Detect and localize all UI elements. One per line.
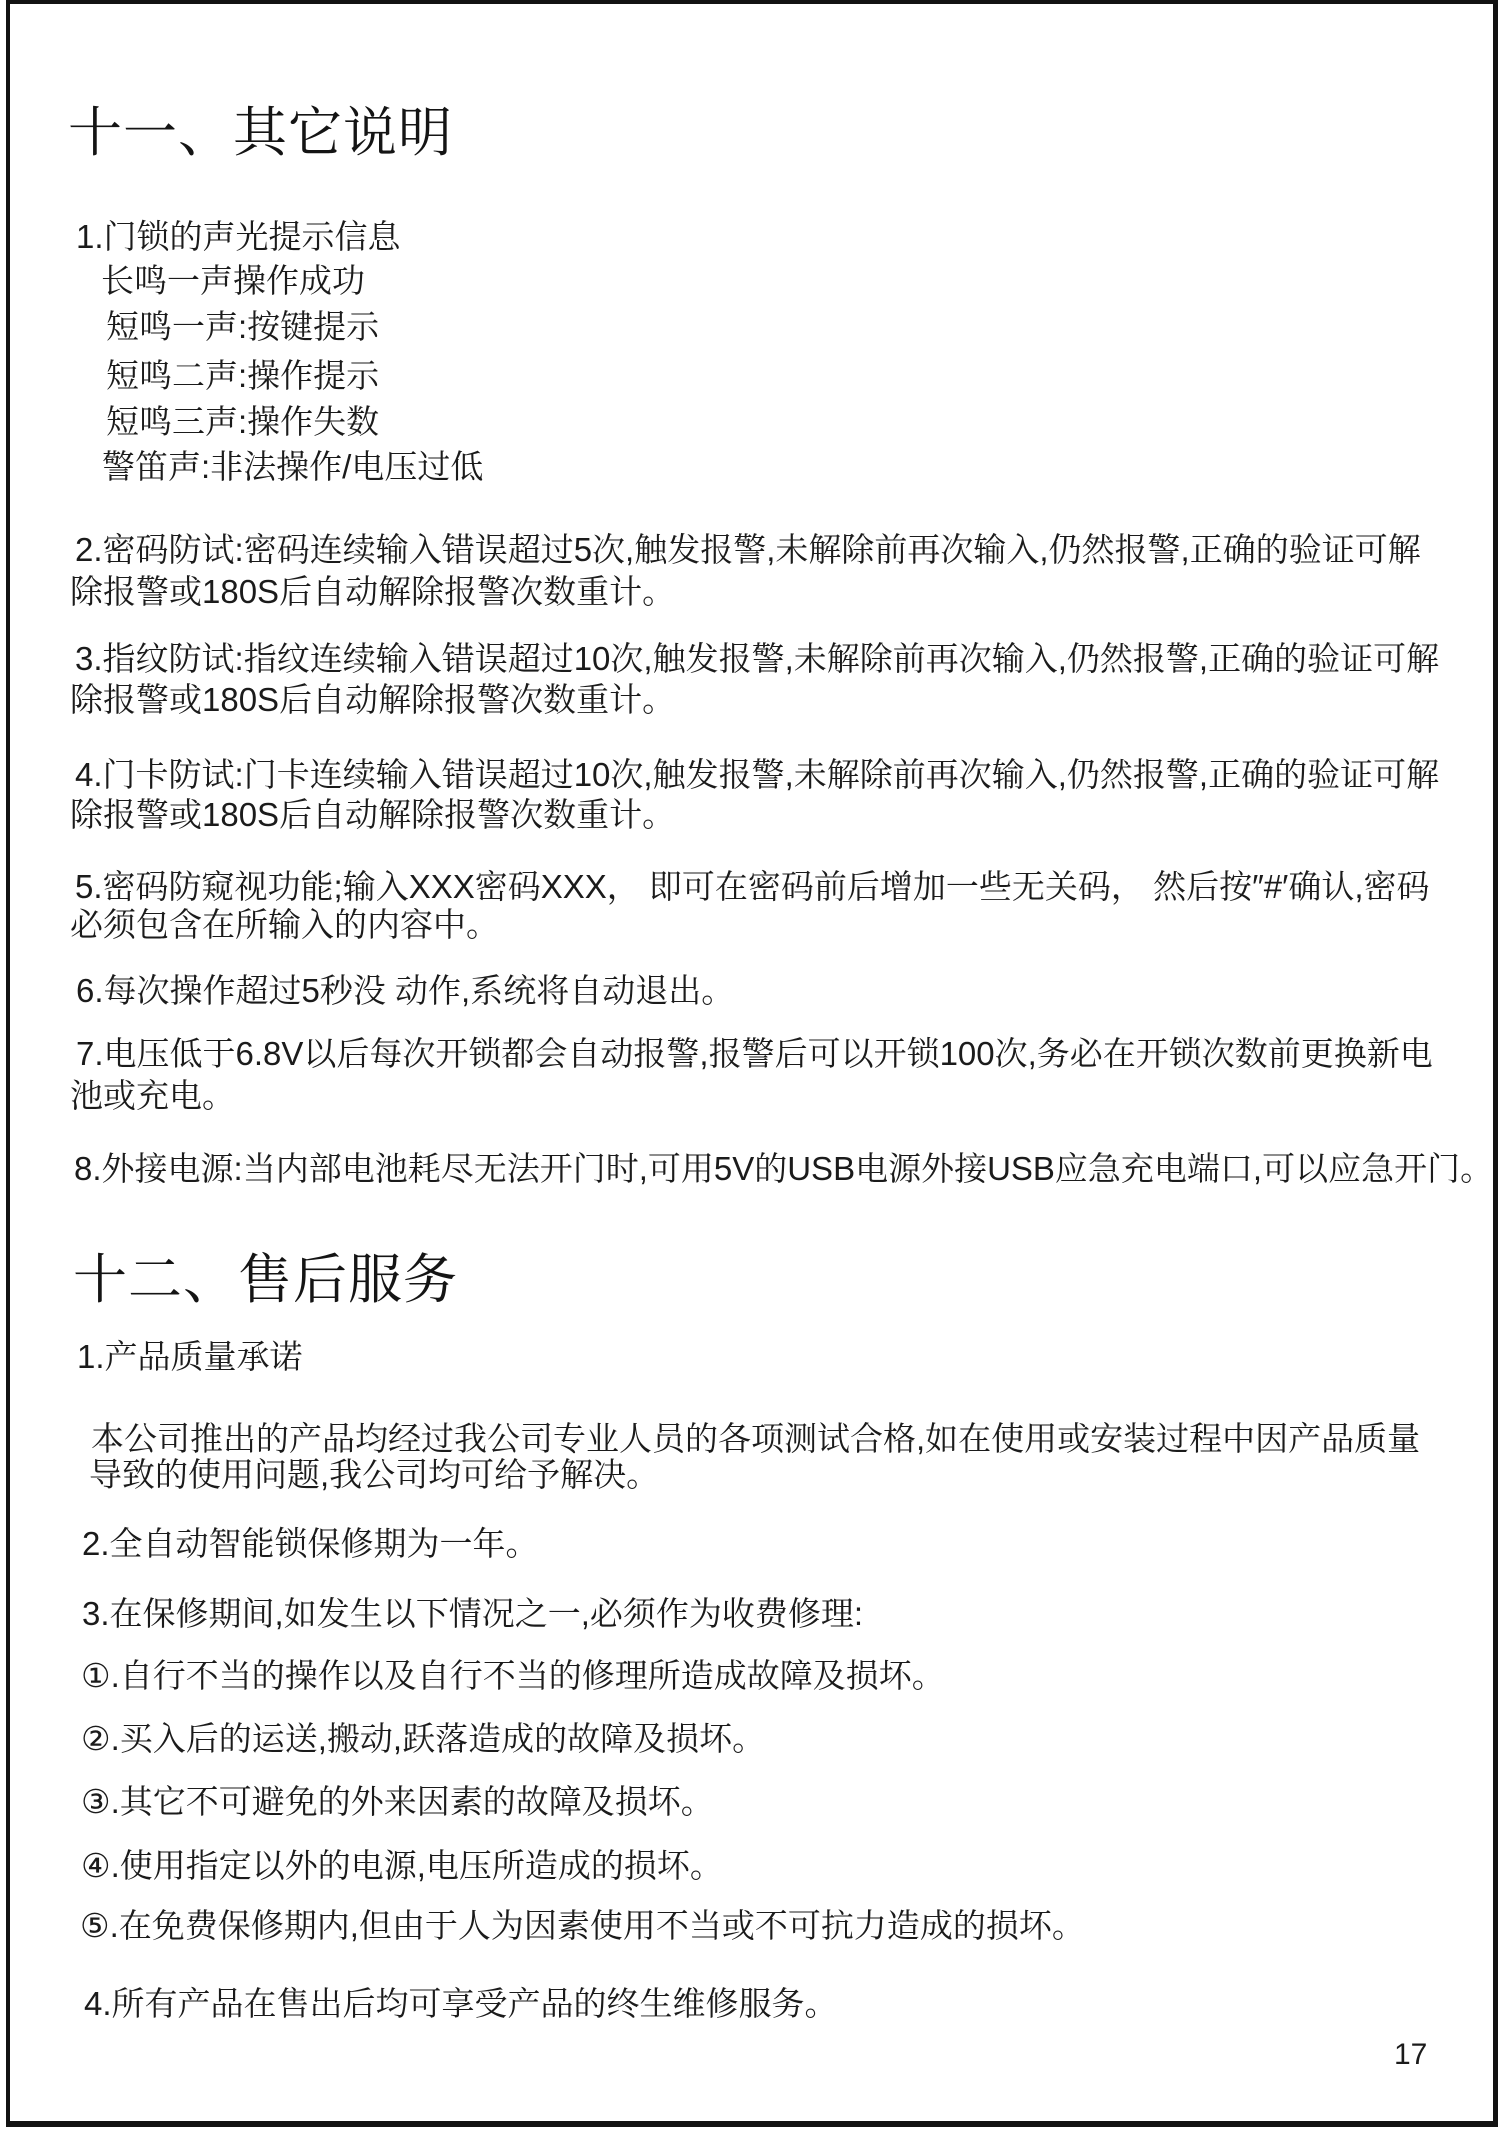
service-item1-line1: 本公司推出的产品均经过我公司专业人员的各项测试合格,如在使用或安装过程中因产品质…	[91, 1420, 1420, 1458]
service-item1-line2: 导致的使用问题,我公司均可给予解决。	[89, 1456, 659, 1494]
item3-line2: 除报警或180S后自动解除报警次数重计。	[70, 681, 675, 719]
item1-heading: 1.门锁的声光提示信息	[76, 218, 401, 256]
section-other-title: 十一、其它说明	[68, 103, 453, 163]
item7-line2: 池或充电。	[70, 1077, 235, 1115]
service-item1-heading: 1.产品质量承诺	[77, 1338, 303, 1376]
item4-line2: 除报警或180S后自动解除报警次数重计。	[70, 796, 675, 834]
service-item2-line: 2.全自动智能锁保修期为一年。	[82, 1525, 539, 1563]
beep-line-short-1: 短鸣一声:按键提示	[106, 308, 379, 346]
service-item4-line: 4.所有产品在售出后均可享受产品的终生维修服务。	[84, 1985, 838, 2023]
beep-line-long: 长鸣一声操作成功	[101, 262, 365, 300]
item2-line1: 2.密码防试:密码连续输入错误超过5次,触发报警,未解除前再次输入,仍然报警,正…	[75, 531, 1421, 569]
item2-line2: 除报警或180S后自动解除报警次数重计。	[70, 573, 675, 611]
item8-line: 8.外接电源:当内部电池耗尽无法开门时,可用5V的USB电源外接USB应急充电端…	[74, 1150, 1493, 1188]
service-item3-sub2: ②.买入后的运送,搬动,跃落造成的故障及损坏。	[81, 1720, 765, 1758]
section-service-title: 十二、售后服务	[73, 1250, 458, 1310]
item5-line2: 必须包含在所输入的内容中。	[70, 906, 499, 944]
beep-line-siren: 警笛声:非法操作/电压过低	[102, 448, 483, 486]
beep-line-short-3: 短鸣三声:操作失数	[106, 403, 379, 441]
item6-line: 6.每次操作超过5秒没 动作,系统将自动退出。	[76, 972, 734, 1010]
service-item3-sub1: ①.自行不当的操作以及自行不当的修理所造成故障及损坏。	[81, 1657, 945, 1695]
service-item3-sub4: ④.使用指定以外的电源,电压所造成的损坏。	[81, 1847, 723, 1885]
item3-line1: 3.指纹防试:指纹连续输入错误超过10次,触发报警,未解除前再次输入,仍然报警,…	[75, 640, 1439, 678]
manual-page: 十一、其它说明 1.门锁的声光提示信息 长鸣一声操作成功 短鸣一声:按键提示 短…	[0, 0, 1500, 2129]
service-item3-sub5: ⑤.在免费保修期内,但由于人为因素使用不当或不可抗力造成的损坏。	[80, 1907, 1085, 1945]
service-item3-heading: 3.在保修期间,如发生以下情况之一,必须作为收费修理:	[82, 1595, 863, 1633]
item5-line1: 5.密码防窥视功能;输入XXX密码XXX， 即可在密码前后增加一些无关码， 然后…	[75, 868, 1429, 906]
item4-line1: 4.门卡防试:门卡连续输入错误超过10次,触发报警,未解除前再次输入,仍然报警,…	[75, 756, 1439, 794]
page-number: 17	[1394, 2038, 1427, 2072]
item7-line1: 7.电压低于6.8V以后每次开锁都会自动报警,报警后可以开锁100次,务必在开锁…	[76, 1035, 1433, 1073]
service-item3-sub3: ③.其它不可避免的外来因素的故障及损坏。	[81, 1783, 714, 1821]
beep-line-short-2: 短鸣二声:操作提示	[106, 357, 379, 395]
